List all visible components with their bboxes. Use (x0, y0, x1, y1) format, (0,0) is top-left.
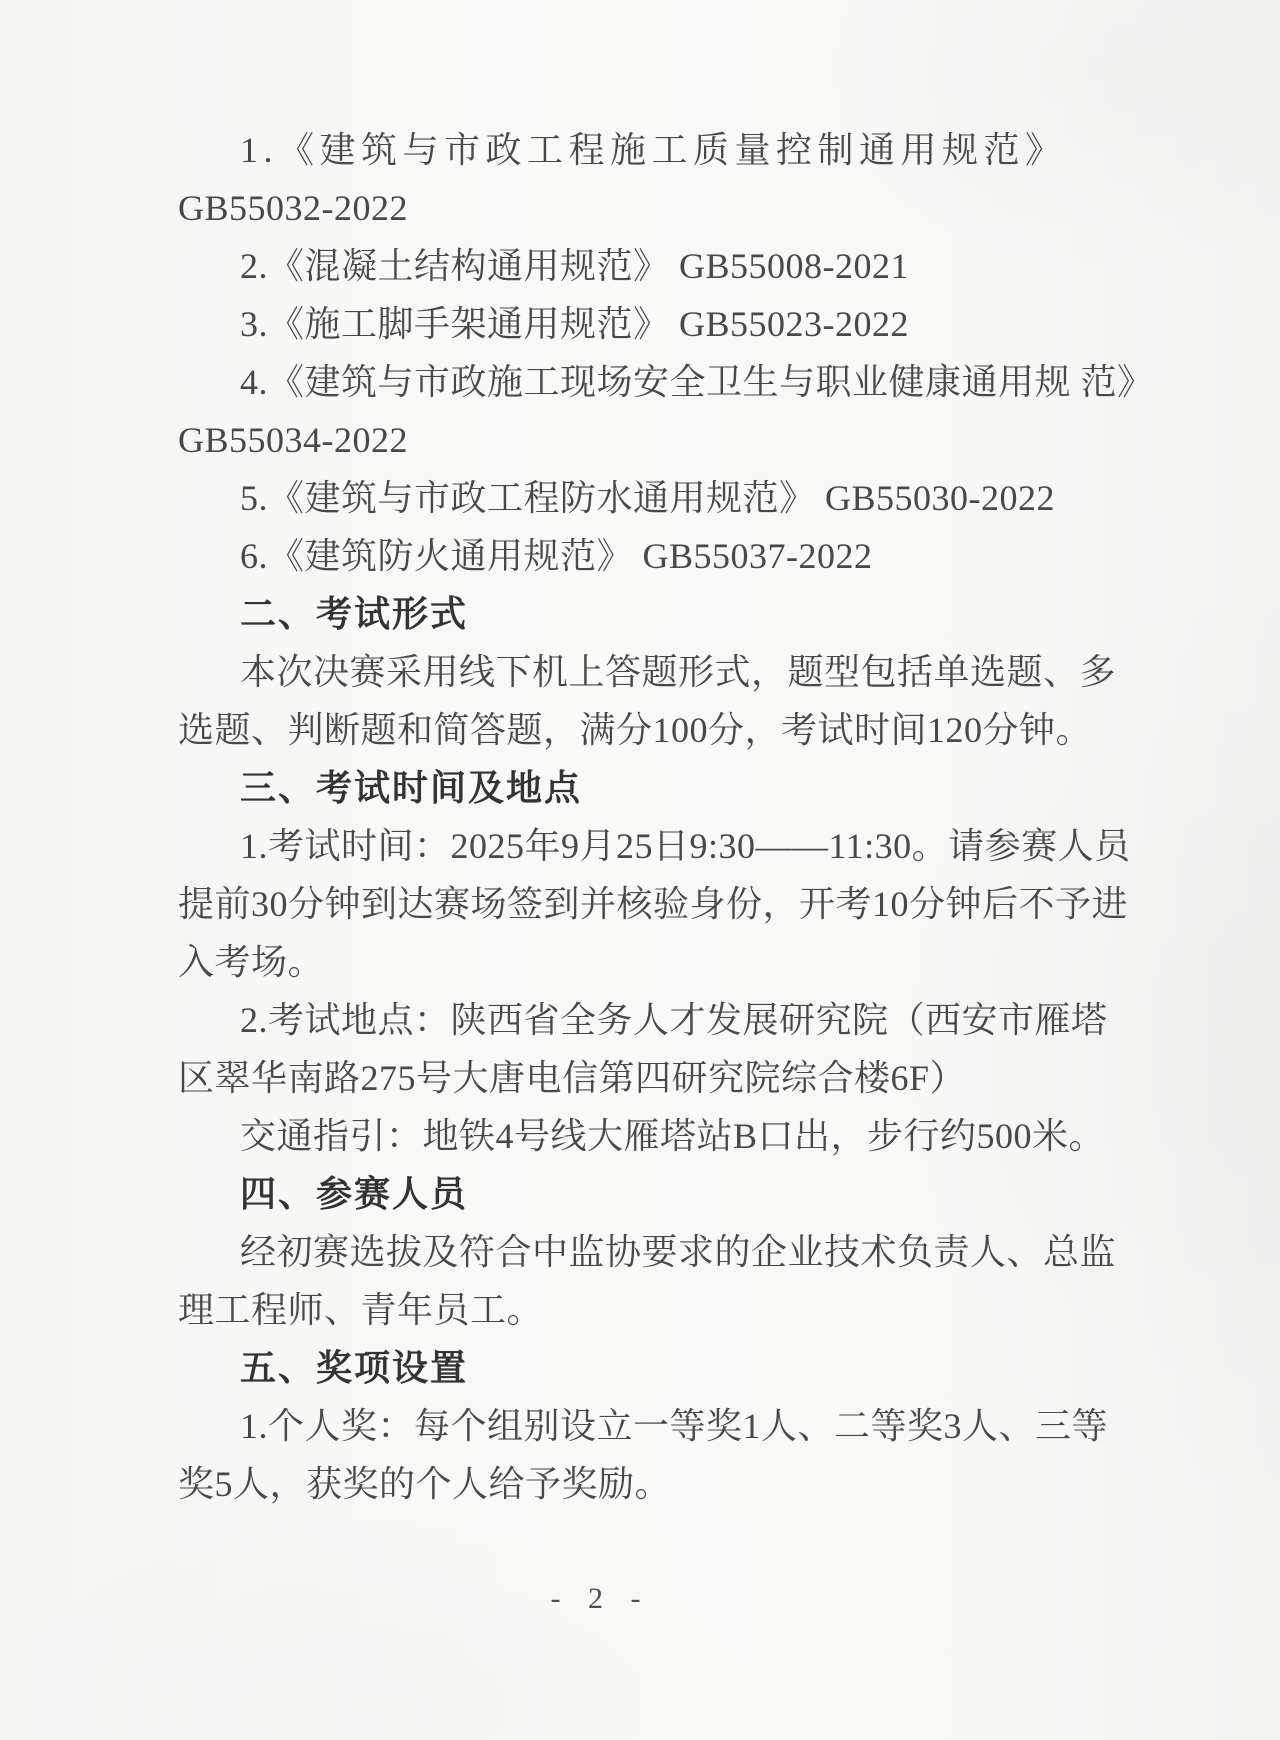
text-line: 入考场。 (178, 933, 1105, 991)
text-line: GB55034-2022 (178, 411, 1105, 469)
text-line: 四、参赛人员 (178, 1165, 1105, 1223)
text-line: 6.《建筑防火通用规范》 GB55037-2022 (178, 527, 1105, 585)
text-line: 交通指引：地铁4号线大雁塔站B口出，步行约500米。 (178, 1107, 1105, 1165)
document-lines: 1.《建筑与市政工程施工质量控制通用规范》GB55032-20222.《混凝土结… (178, 121, 1105, 1513)
text-line: 提前30分钟到达赛场签到并核验身份，开考10分钟后不予进 (178, 875, 1105, 933)
text-line: 区翠华南路275号大唐电信第四研究院综合楼6F） (178, 1049, 1105, 1107)
text-line: 选题、判断题和简答题，满分100分，考试时间120分钟。 (178, 701, 1105, 759)
text-line: 三、考试时间及地点 (178, 759, 1105, 817)
text-line: 1.《建筑与市政工程施工质量控制通用规范》 (178, 121, 1105, 179)
text-line: 2.《混凝土结构通用规范》 GB55008-2021 (178, 237, 1105, 295)
text-line: 1.考试时间：2025年9月25日9:30——11:30。请参赛人员 (178, 817, 1105, 875)
text-line: 奖5人，获奖的个人给予奖励。 (178, 1455, 1105, 1513)
text-line: 1.个人奖：每个组别设立一等奖1人、二等奖3人、三等 (178, 1397, 1105, 1455)
document-page: 1.《建筑与市政工程施工质量控制通用规范》GB55032-20222.《混凝土结… (0, 0, 1280, 1740)
text-line: 五、奖项设置 (178, 1339, 1105, 1397)
text-line: 4.《建筑与市政施工现场安全卫生与职业健康通用规 范》 (178, 353, 1105, 411)
page-number: - 2 - (137, 1579, 1064, 1619)
text-line: 3.《施工脚手架通用规范》 GB55023-2022 (178, 295, 1105, 353)
text-line: 理工程师、青年员工。 (178, 1281, 1105, 1339)
text-line: GB55032-2022 (178, 179, 1105, 237)
document-content: 1.《建筑与市政工程施工质量控制通用规范》GB55032-20222.《混凝土结… (0, 0, 1105, 1619)
text-line: 5.《建筑与市政工程防水通用规范》 GB55030-2022 (178, 469, 1105, 527)
text-line: 二、考试形式 (178, 585, 1105, 643)
text-line: 本次决赛采用线下机上答题形式，题型包括单选题、多 (178, 643, 1105, 701)
text-line: 2.考试地点：陕西省全务人才发展研究院（西安市雁塔 (178, 991, 1105, 1049)
text-line: 经初赛选拔及符合中监协要求的企业技术负责人、总监 (178, 1223, 1105, 1281)
